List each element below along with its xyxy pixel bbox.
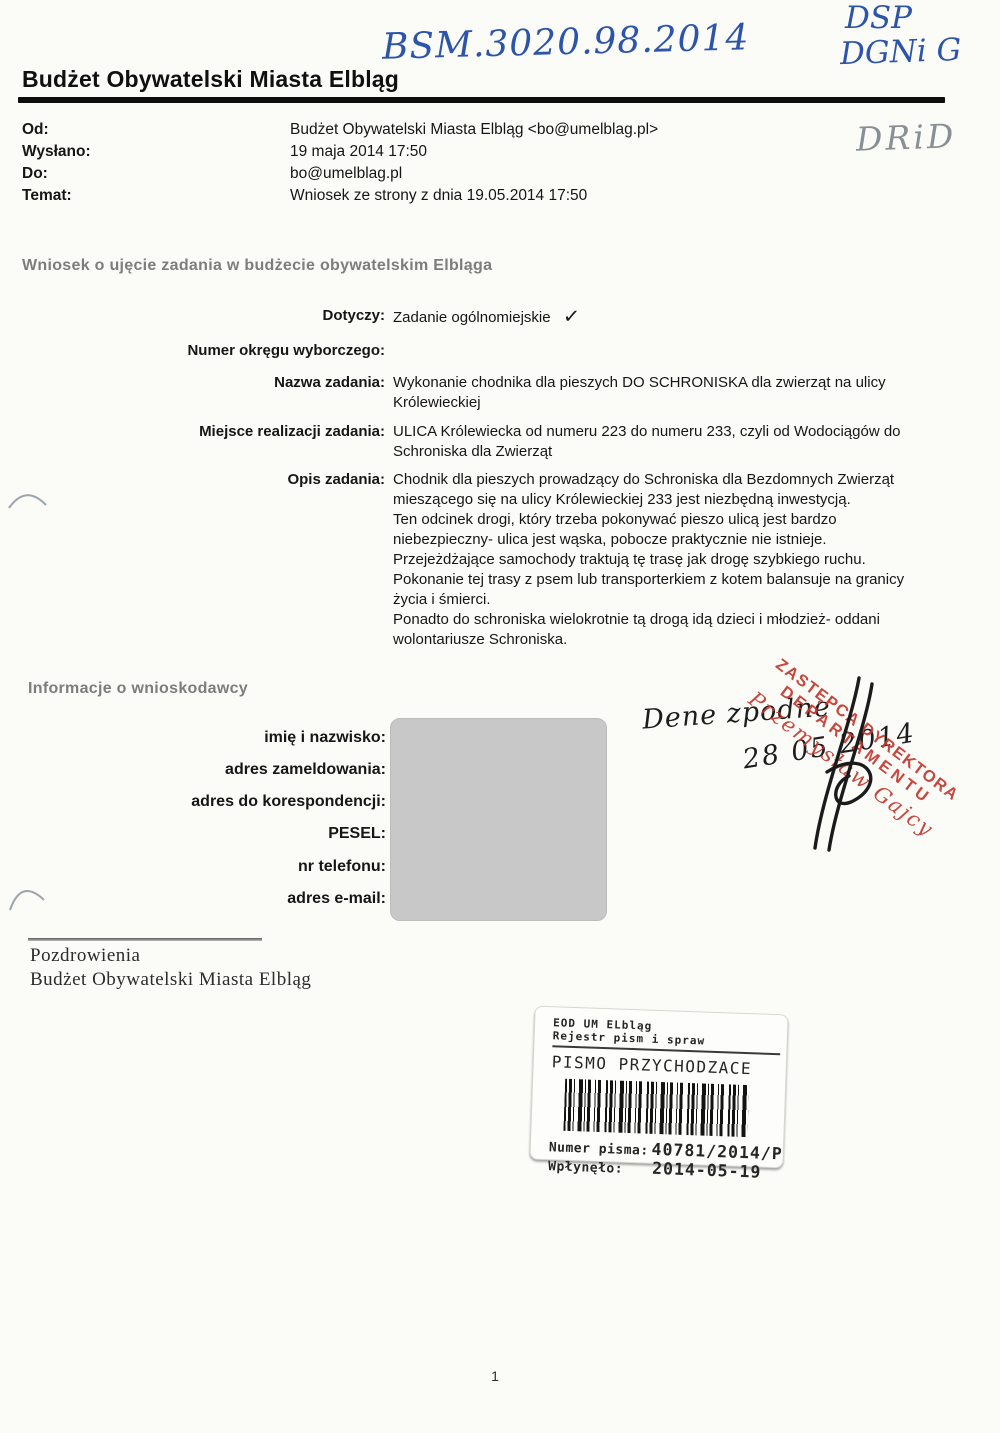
registry-sticker: EOD UM ELbląg Rejestr pism i spraw PISMO… <box>529 1006 788 1169</box>
miejsce-line: Schroniska dla Zwierząt <box>393 442 901 462</box>
opis-line: Chodnik dla pieszych prowadzący do Schro… <box>393 470 904 490</box>
opis-line: mieszącego się na ulicy Królewieckiej 23… <box>393 490 904 510</box>
opis-line: niebezpieczny- ulica jest wąska, pobocze… <box>393 530 904 550</box>
title-rule <box>18 97 945 103</box>
email-field-subject: Temat: Wniosek ze strony z dnia 19.05.20… <box>22 185 658 207</box>
email-value-to: bo@umelblag.pl <box>290 163 402 185</box>
opis-line: Ten odcinek drogi, który trzeba pokonywa… <box>393 510 904 530</box>
form-label-miejsce: Miejsce realizacji zadania: <box>0 422 385 462</box>
applicant-label-email: adres e-mail: <box>0 890 386 908</box>
form-label-opis: Opis zadania: <box>0 470 385 650</box>
form-row-miejsce: Miejsce realizacji zadania: ULICA Królew… <box>0 422 990 462</box>
form-label-numer-okregu: Numer okręgu wyborczego: <box>0 341 385 361</box>
email-field-sent: Wysłano: 19 maja 2014 17:50 <box>22 141 658 163</box>
applicant-label-name: imię i nazwisko: <box>0 729 386 747</box>
form-value-opis: Chodnik dla pieszych prowadzący do Schro… <box>393 470 904 650</box>
closing-sender-name: Budżet Obywatelski Miasta Elbląg <box>30 969 311 991</box>
email-value-subject: Wniosek ze strony z dnia 19.05.2014 17:5… <box>290 185 587 207</box>
handwritten-dept-code-line2: DGNi G <box>839 32 961 72</box>
email-label-from: Od: <box>22 119 290 141</box>
ink-signature <box>793 672 903 857</box>
opis-line: wolontariusze Schroniska. <box>393 630 904 650</box>
dotyczy-value-text: Zadanie ogólnomiejskie <box>393 309 551 326</box>
form-label-dotyczy: Dotyczy: <box>0 306 385 328</box>
page-number: 1 <box>0 1368 990 1384</box>
redaction-box <box>390 718 607 921</box>
applicant-label-registered-address: adres zameldowania: <box>0 761 386 779</box>
form-value-miejsce: ULICA Królewiecka od numeru 223 do numer… <box>393 422 901 462</box>
email-field-to: Do: bo@umelblag.pl <box>22 163 658 185</box>
email-value-sent: 19 maja 2014 17:50 <box>290 141 427 163</box>
barcode <box>563 1079 749 1137</box>
miejsce-line: ULICA Królewiecka od numeru 223 do numer… <box>393 422 901 442</box>
request-section-title: Wniosek o ujęcie zadania w budżecie obyw… <box>22 257 492 275</box>
sticker-document-type: PISMO PRZYCHODZACE <box>551 1052 786 1079</box>
opis-line: Pokonanie tej trasy z psem lub transport… <box>393 570 904 590</box>
scan-artifact-arc <box>6 489 50 515</box>
form-row-numer-okregu: Numer okręgu wyborczego: <box>0 341 990 361</box>
document-title: Budżet Obywatelski Miasta Elbląg <box>22 66 399 93</box>
form-value-nazwa: Wykonanie chodnika dla pieszych DO SCHRO… <box>393 373 886 413</box>
applicant-label-pesel: PESEL: <box>0 825 386 843</box>
opis-line: Przejeżdżające samochody traktują tę tra… <box>393 550 904 570</box>
checkmark-icon: ✓ <box>562 306 580 327</box>
email-header: Od: Budżet Obywatelski Miasta Elbląg <bo… <box>22 119 658 207</box>
nazwa-line: Wykonanie chodnika dla pieszych DO SCHRO… <box>393 373 886 393</box>
form-row-nazwa: Nazwa zadania: Wykonanie chodnika dla pi… <box>0 373 990 413</box>
applicant-label-phone: nr telefonu: <box>0 858 386 876</box>
handwritten-drid: DRiD <box>855 116 957 158</box>
form-row-dotyczy: Dotyczy: Zadanie ogólnomiejskie✓ <box>0 306 990 328</box>
form-label-nazwa: Nazwa zadania: <box>0 373 385 413</box>
form-value-dotyczy: Zadanie ogólnomiejskie✓ <box>393 306 579 328</box>
email-label-subject: Temat: <box>22 185 290 207</box>
email-field-from: Od: Budżet Obywatelski Miasta Elbląg <bo… <box>22 119 658 141</box>
opis-line: Ponadto do schroniska wielokrotnie tą dr… <box>393 610 904 630</box>
applicant-section-title: Informacje o wnioskodawcy <box>28 680 248 698</box>
applicant-label-mailing-address: adres do korespondencji: <box>0 793 386 811</box>
sticker-received-label: Wpłynęło: <box>548 1159 652 1178</box>
opis-line: życia i śmierci. <box>393 590 904 610</box>
closing-text: Pozdrowienia <box>30 945 140 967</box>
handwritten-case-number: BSM.3020.98.2014 <box>382 17 750 68</box>
email-label-to: Do: <box>22 163 290 185</box>
email-label-sent: Wysłano: <box>22 141 290 163</box>
email-value-from: Budżet Obywatelski Miasta Elbląg <bo@ume… <box>290 119 658 141</box>
form-row-opis: Opis zadania: Chodnik dla pieszych prowa… <box>0 470 990 650</box>
sticker-received-value: 2014-05-19 <box>652 1159 762 1182</box>
signature-separator <box>28 938 262 941</box>
nazwa-line: Królewieckiej <box>393 393 886 413</box>
handwritten-dept-code-line1: DSP <box>845 0 912 36</box>
